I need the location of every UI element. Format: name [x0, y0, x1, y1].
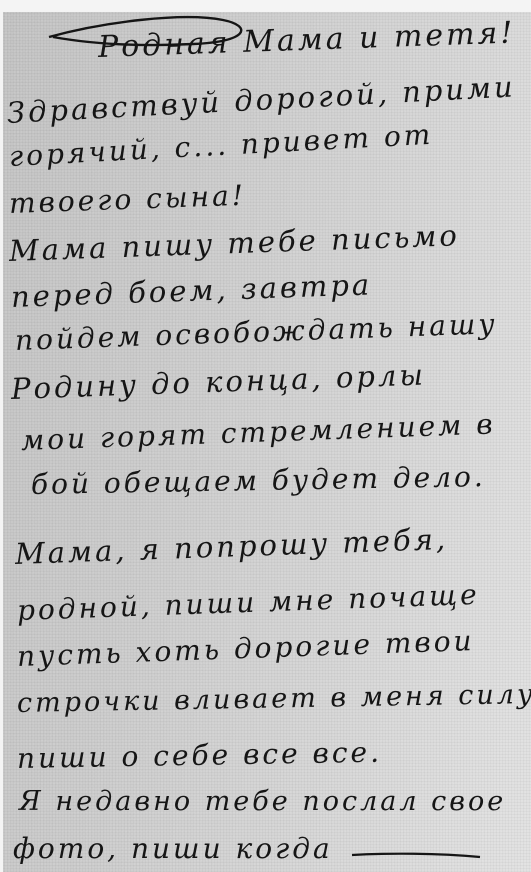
letter-line: мои горят стремлением в	[20, 407, 496, 457]
letter-line: Мама, я попрошу тебя,	[14, 522, 448, 571]
letter-greeting: Родная Мама и тетя!	[97, 15, 516, 65]
letter-line: строчки вливает в меня силу,	[17, 679, 531, 719]
letter-line: Родину до конца, орлы	[10, 358, 426, 406]
letter-line: пиши о себе все все.	[17, 736, 383, 775]
letter-line: Здравствуй дорогой, прими	[6, 69, 516, 130]
letter-line: бой обещаем будет дело.	[31, 460, 486, 501]
letter-line: пусть хоть дорогие твои	[16, 624, 475, 673]
letter-line: пойдем освобождать нашу	[14, 307, 498, 357]
letter-page: Родная Мама и тетя! Здравствуй дорогой, …	[3, 12, 531, 872]
letter-line: перед боем, завтра	[10, 267, 372, 314]
letter-line: фото, пиши когда	[13, 832, 333, 865]
signature-underline	[348, 847, 488, 867]
letter-line: твоего сына!	[8, 179, 246, 220]
letter-line: Я недавно тебе послал свое	[19, 786, 506, 817]
letter-line: Мама пишу тебе письмо	[8, 218, 460, 268]
letter-line: родной, пиши мне почаще	[16, 578, 480, 627]
